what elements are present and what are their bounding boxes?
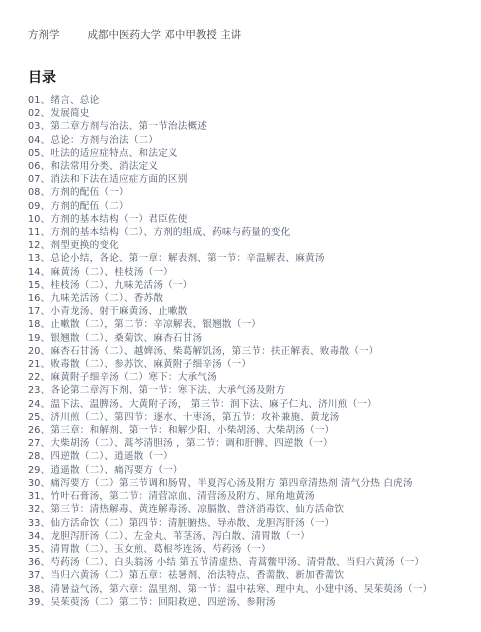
toc-item[interactable]: 06、和法常用分类、消法定义 bbox=[28, 160, 477, 173]
toc-item[interactable]: 39、吴茱萸汤（二）第二节：回阳救逆、四逆汤、参附汤 bbox=[28, 596, 477, 609]
toc-item[interactable]: 36、芍药汤（二）、白头翁汤 小结 第五节清虚热、青蒿鳖甲汤、清骨散、当归六黄汤… bbox=[28, 556, 477, 569]
toc-heading: 目录 bbox=[28, 67, 56, 87]
toc-item[interactable]: 30、痛泻要方（二）第三节调和肠胃、半夏泻心汤及附方 第四章清热剂 清气分热 白… bbox=[28, 477, 477, 490]
toc-item[interactable]: 35、清胃散（二）、玉女煎、葛根芩连汤、芍药汤（一） bbox=[28, 543, 477, 556]
toc-item[interactable]: 03、第二章方剂与治法、第一节治法概述 bbox=[28, 120, 477, 133]
toc-item[interactable]: 31、竹叶石膏汤，第二节：清营凉血、清营汤及附方、犀角地黄汤 bbox=[28, 490, 477, 503]
toc-item[interactable]: 27、大柴胡汤（二）、蒿芩清胆汤 ，第二节：调和肝脾、四逆散（一） bbox=[28, 437, 477, 450]
toc-item[interactable]: 32、第三节：清热解毒、黄连解毒汤、凉膈散、普济消毒饮、仙方活命饮 bbox=[28, 503, 477, 516]
page: 方剂学成都中医药大学 邓中甲教授 主讲 目录 01、绪言、总论02、发展简史03… bbox=[0, 0, 481, 632]
toc-item[interactable]: 34、龙胆泻肝汤（二）、左金丸、苇茎汤、泻白散、清胃散（一） bbox=[28, 530, 477, 543]
toc-item[interactable]: 33、仙方活命饮（二）第四节：清脏腑热、导赤散、龙胆泻肝汤（一） bbox=[28, 517, 477, 530]
toc-item[interactable]: 25、济川煎（二）、第四节：逐水、十枣汤，第五节：攻补兼施、黄龙汤 bbox=[28, 411, 477, 424]
toc-item[interactable]: 16、九味羌活汤（二）、香苏散 bbox=[28, 292, 477, 305]
toc-list: 01、绪言、总论02、发展简史03、第二章方剂与治法、第一节治法概述04、总论：… bbox=[28, 94, 477, 609]
toc-item[interactable]: 21、败毒散（二）、参苏饮、麻黄附子细辛汤（一） bbox=[28, 358, 477, 371]
toc-item[interactable]: 09、方剂的配伍（二） bbox=[28, 200, 477, 213]
toc-item[interactable]: 23、各论第二章泻下剂、第一节：寒下法、大承气汤及附方 bbox=[28, 384, 477, 397]
toc-item[interactable]: 10、方剂的基本结构（一）君臣佐使 bbox=[28, 213, 477, 226]
course-info: 成都中医药大学 邓中甲教授 主讲 bbox=[88, 29, 242, 41]
toc-item[interactable]: 11、方剂的基本结构（二）、方剂的组成、药味与药量的变化 bbox=[28, 226, 477, 239]
toc-item[interactable]: 08、方剂的配伍（一） bbox=[28, 186, 477, 199]
toc-item[interactable]: 37、当归六黄汤（二）第五章：祛暑剂、治法特点、香薷散、新加香薷饮 bbox=[28, 569, 477, 582]
toc-item[interactable]: 20、麻杏石甘汤（二）、越婢汤、柴葛解饥汤，第三节：扶正解表、败毒散（一） bbox=[28, 345, 477, 358]
toc-item[interactable]: 19、银翘散（二）、桑菊饮、麻杏石甘汤 bbox=[28, 332, 477, 345]
toc-item[interactable]: 18、止嗽散（二），第二节：辛凉解表、银翘散（一） bbox=[28, 318, 477, 331]
toc-item[interactable]: 14、麻黄汤（二）、桂枝汤（一） bbox=[28, 266, 477, 279]
toc-item[interactable]: 26、第三章：和解剂、第一节：和解少阳、小柴胡汤、大柴胡汤（一） bbox=[28, 424, 477, 437]
toc-item[interactable]: 12、剂型更换的变化 bbox=[28, 239, 477, 252]
toc-item[interactable]: 15、桂枝汤（二）、九味羌活汤（一） bbox=[28, 279, 477, 292]
toc-item[interactable]: 04、总论：方剂与治法（二） bbox=[28, 134, 477, 147]
toc-item[interactable]: 28、四逆散（二）、逍遥散（一） bbox=[28, 450, 477, 463]
toc-item[interactable]: 02、发展简史 bbox=[28, 107, 477, 120]
toc-item[interactable]: 24、温下法、温脾汤、大黄附子汤， 第三节：润下法、麻子仁丸、济川煎（一） bbox=[28, 398, 477, 411]
toc-item[interactable]: 01、绪言、总论 bbox=[28, 94, 477, 107]
toc-item[interactable]: 29、逍遥散（二）、痛泻要方（一） bbox=[28, 464, 477, 477]
toc-item[interactable]: 05、吐法的适应症特点、和法定义 bbox=[28, 147, 477, 160]
toc-item[interactable]: 38、清暑益气汤，第六章：温里剂、第一节：温中祛寒、理中丸、小建中汤、吴茱萸汤（… bbox=[28, 583, 477, 596]
toc-item[interactable]: 07、消法和下法在适应症方面的区别 bbox=[28, 173, 477, 186]
course-header: 方剂学成都中医药大学 邓中甲教授 主讲 bbox=[28, 27, 241, 42]
toc-item[interactable]: 17、小青龙汤、射干麻黄汤、止嗽散 bbox=[28, 305, 477, 318]
toc-item[interactable]: 22、麻黄附子细辛汤（二）寒下：大承气汤 bbox=[28, 371, 477, 384]
course-title: 方剂学 bbox=[28, 29, 60, 41]
toc-item[interactable]: 13、总论小结，各论、第一章：解表剂、第一节：辛温解表、麻黄汤 bbox=[28, 252, 477, 265]
